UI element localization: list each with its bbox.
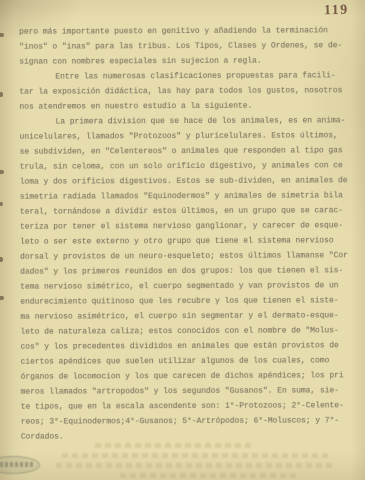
binding-edge-speck (0, 202, 3, 206)
text-line: simetria radiada llamados "Equinodermos"… (20, 188, 355, 204)
text-line: leto de naturaleza caliza; estos conocid… (20, 323, 355, 339)
text-line: tema nervioso simétrico, el cuerpo segme… (20, 278, 355, 294)
text-line: endurecimiento quitinoso que les recubre… (20, 293, 355, 309)
binding-edge-speck (0, 33, 4, 37)
text-line: meros llamados "artropodos" y los segund… (21, 383, 356, 399)
text-line: se subdividen, en "Celentereos" o animal… (20, 143, 355, 159)
text-line: cos" y los precedentes divididos en anim… (20, 338, 355, 354)
text-line: teriza por tener el sistema nervioso gan… (20, 218, 355, 234)
binding-edge-speck (0, 296, 4, 300)
text-line: dados" y los primeros reunidos en dos gr… (20, 263, 355, 279)
bleedthrough-text (95, 443, 255, 448)
text-line: loma y dos orificios digestivos. Estos s… (20, 173, 355, 189)
bleedthrough-text (62, 453, 330, 458)
text-line: La primera division que se hace de los a… (19, 113, 354, 129)
scanned-page: 119 pero más importante puesto en geniti… (0, 0, 365, 480)
text-line: ma nervioso asimétrico, el cuerpo sin se… (20, 308, 355, 324)
binding-edge-speck (0, 170, 4, 174)
text-line: unicelulares, llamados "Protozoos" y plu… (20, 128, 355, 144)
text-line: Entre las numerosas clasificaciones prop… (19, 68, 354, 84)
text-line: leto o ser este externo y otro grupo que… (20, 233, 355, 249)
text-line: tar la exposición didáctica, las hay par… (19, 83, 354, 99)
stamp-mark (0, 456, 40, 474)
text-line: nos atendremos en nuestro estudio a la s… (19, 98, 354, 114)
binding-edge-speck (0, 92, 3, 97)
bleedthrough-text (56, 463, 334, 468)
text-line: te tipos, que en la escala ascendente so… (21, 398, 356, 414)
text-line: signan con nombres especiales sin sujeci… (19, 53, 354, 69)
binding-edge-speck (0, 257, 3, 262)
text-line: "inos" o "inas" para las tribus. Los Tip… (19, 38, 354, 54)
text-line: reos; 3°-Equinodermos;4°-Gusanos; 5°-Art… (21, 413, 356, 429)
page-text: pero más importante puesto en genitivo y… (19, 23, 356, 444)
bleedthrough-text (120, 473, 300, 478)
text-line: ciertos apéndices que suelen utilizar al… (21, 353, 356, 369)
text-line: dorsal y provistos de un neuro-esqueleto… (20, 248, 355, 264)
text-line: órganos de locomocion y los que carecen … (21, 368, 356, 384)
text-line: teral, tornándose a dividir estos último… (20, 203, 355, 219)
text-line: trula, sin celoma, con un solo orificio … (20, 158, 355, 174)
page-number: 119 (324, 3, 349, 19)
text-line: pero más importante puesto en genitivo y… (19, 23, 354, 39)
